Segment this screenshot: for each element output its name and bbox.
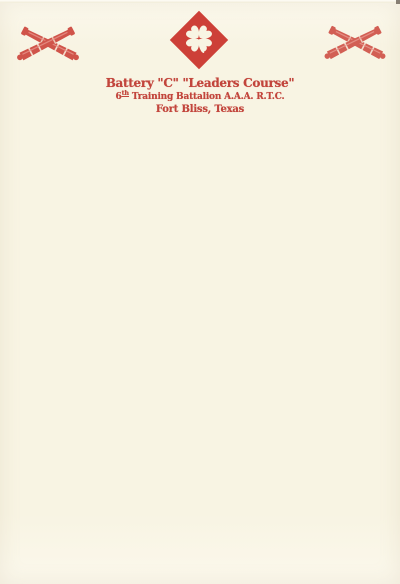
- fourth-army-diamond-icon: [169, 10, 229, 70]
- battalion-line: 6th Training Battalion A.A.A. R.T.C.: [0, 92, 400, 103]
- unit-title-text: Battery "C" "Leaders Course": [106, 76, 295, 90]
- unit-title: Battery "C" "Leaders Course": [0, 76, 400, 91]
- crossed-cannons-right-icon: [319, 16, 391, 68]
- battalion-rest: Training Battalion A.A.A. R.T.C.: [129, 92, 285, 102]
- location-line: Fort Bliss, Texas: [0, 104, 400, 116]
- scan-edge-top: [0, 0, 400, 3]
- battalion-ordinal: th: [122, 89, 129, 97]
- crossed-cannons-left-icon: [11, 17, 85, 69]
- scan-speck: [396, 0, 400, 4]
- letterhead-heading: Battery "C" "Leaders Course" 6th Trainin…: [0, 76, 400, 116]
- letterhead-paper: Battery "C" "Leaders Course" 6th Trainin…: [0, 0, 400, 584]
